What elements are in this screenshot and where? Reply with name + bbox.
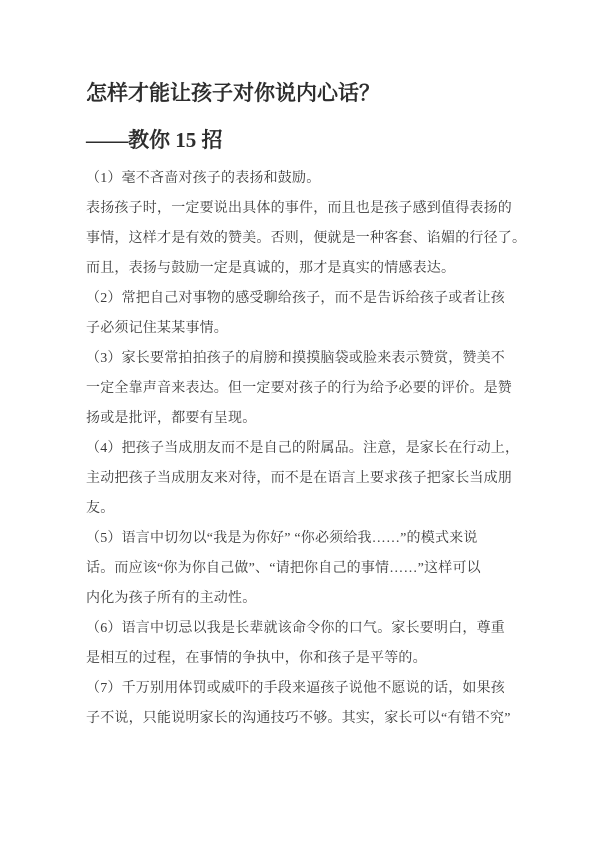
text-line: （4）把孩子当成朋友而不是自己的附属品。注意，是家长在行动上， [86,434,512,464]
paragraph-item-5: （5）语言中切勿以“我是为你好” “你必须给我……”的模式来说话。而应该“你为你… [86,524,512,614]
paragraph-item-7: （7）千万别用体罚或威吓的手段来逼孩子说他不愿说的话，如果孩子不说，只能说明家长… [86,674,512,734]
text-line: （3）家长要常拍拍孩子的肩膀和摸摸脑袋或脸来表示赞赏，赞美不 [86,344,512,374]
paragraph-item-6: （6）语言中切忌以我是长辈就该命令你的口气。家长要明白，尊重是相互的过程，在事情… [86,614,512,674]
paragraph-item-4: （4）把孩子当成朋友而不是自己的附属品。注意，是家长在行动上，主动把孩子当成朋友… [86,434,512,524]
text-line: 友。 [86,494,512,524]
document-subtitle: ——教你 15 招 [86,125,512,155]
document-body: （1）毫不吝啬对孩子的表扬和鼓励。表扬孩子时，一定要说出具体的事件，而且也是孩子… [86,164,512,734]
text-line: （5）语言中切勿以“我是为你好” “你必须给我……”的模式来说 [86,524,512,554]
text-line: 而且，表扬与鼓励一定是真诚的，那才是真实的情感表达。 [86,254,512,284]
text-line: 一定全靠声音来表达。但一定要对孩子的行为给予必要的评价。是赞 [86,374,512,404]
text-line: 表扬孩子时，一定要说出具体的事件，而且也是孩子感到值得表扬的 [86,194,512,224]
paragraph-item-1: （1）毫不吝啬对孩子的表扬和鼓励。 [86,164,512,194]
text-line: 话。而应该“你为你自己做”、“请把你自己的事情……”这样可以 [86,554,512,584]
text-line: （2）常把自己对事物的感受聊给孩子，而不是告诉给孩子或者让孩 [86,284,512,314]
text-line: 事情，这样才是有效的赞美。否则，便就是一种客套、谄媚的行径了。 [86,224,512,254]
text-line: 内化为孩子所有的主动性。 [86,584,512,614]
text-line: 主动把孩子当成朋友来对待，而不是在语言上要求孩子把家长当成朋 [86,464,512,494]
document-title: 怎样才能让孩子对你说内心话？ [86,78,512,108]
document-page: 怎样才能让孩子对你说内心话？ ——教你 15 招 （1）毫不吝啬对孩子的表扬和鼓… [0,0,596,842]
text-line: （7）千万别用体罚或威吓的手段来逼孩子说他不愿说的话，如果孩 [86,674,512,704]
text-line: 扬或是批评，都要有呈现。 [86,404,512,434]
text-line: （6）语言中切忌以我是长辈就该命令你的口气。家长要明白，尊重 [86,614,512,644]
text-line: 子必须记住某某事情。 [86,314,512,344]
paragraph-item-3: （3）家长要常拍拍孩子的肩膀和摸摸脑袋或脸来表示赞赏，赞美不一定全靠声音来表达。… [86,344,512,434]
paragraph: 表扬孩子时，一定要说出具体的事件，而且也是孩子感到值得表扬的事情，这样才是有效的… [86,194,512,284]
paragraph-item-2: （2）常把自己对事物的感受聊给孩子，而不是告诉给孩子或者让孩子必须记住某某事情。 [86,284,512,344]
text-line: （1）毫不吝啬对孩子的表扬和鼓励。 [86,164,512,194]
text-line: 子不说，只能说明家长的沟通技巧不够。其实，家长可以“有错不究” [86,704,512,734]
text-line: 是相互的过程，在事情的争执中，你和孩子是平等的。 [86,644,512,674]
